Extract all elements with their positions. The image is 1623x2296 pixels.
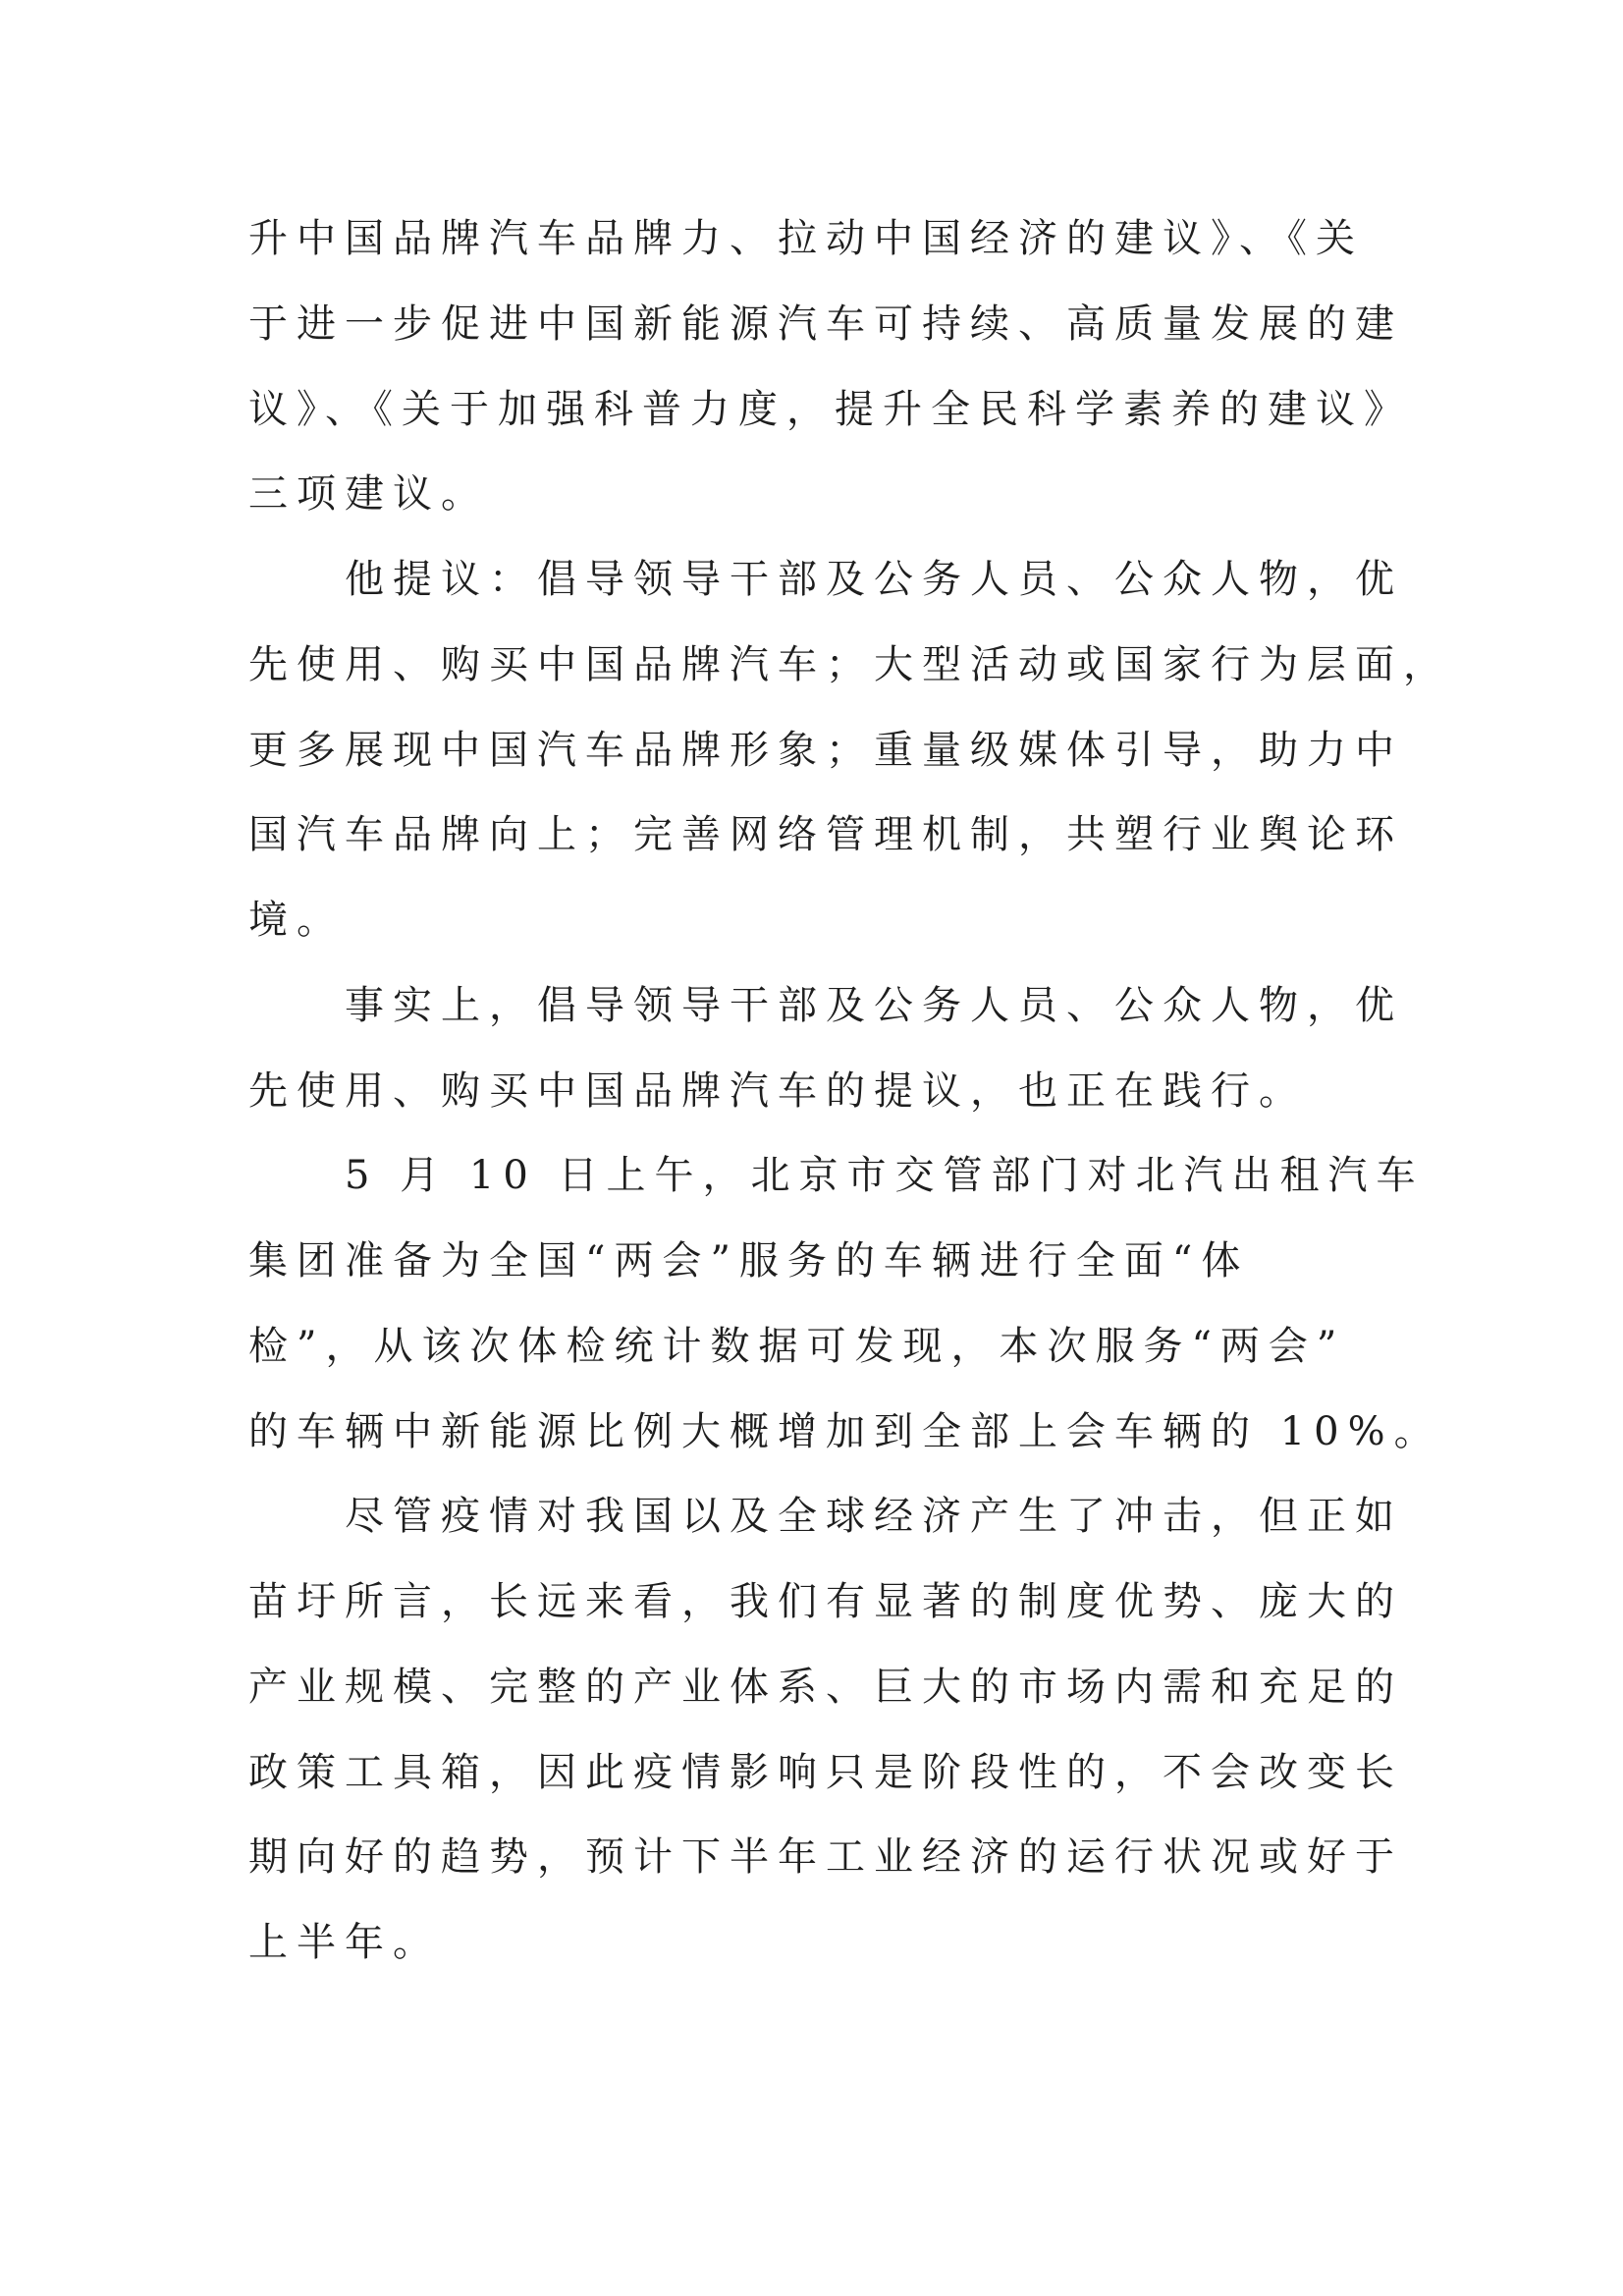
paragraph-5: 尽管疫情对我国以及全球经济产生了冲击，但正如 苗圩所言，长远来看，我们有显著的制… (248, 1474, 1378, 1986)
text-line: 升中国品牌汽车品牌力、拉动中国经济的建议》、《关 (248, 196, 1378, 282)
text-line: 尽管疫情对我国以及全球经济产生了冲击，但正如 (248, 1474, 1378, 1559)
text-line: 期向好的趋势，预计下半年工业经济的运行状况或好于 (248, 1815, 1378, 1900)
text-line: 先使用、购买中国品牌汽车的提议，也正在践行。 (248, 1049, 1378, 1134)
text-line: 境。 (248, 878, 1378, 963)
text-line: 更多展现中国汽车品牌形象；重量级媒体引导，助力中 (248, 708, 1378, 793)
text-line: 产业规模、完整的产业体系、巨大的市场内需和充足的 (248, 1645, 1378, 1730)
text-line: 于进一步促进中国新能源汽车可持续、高质量发展的建 (248, 282, 1378, 367)
text-line: 的车辆中新能源比例大概增加到全部上会车辆的 10%。 (248, 1390, 1378, 1475)
text-line: 先使用、购买中国品牌汽车；大型活动或国家行为层面， (248, 623, 1378, 708)
text-line: 上半年。 (248, 1900, 1378, 1986)
text-line: 国汽车品牌向上；完善网络管理机制，共塑行业舆论环 (248, 793, 1378, 878)
text-line: 他提议：倡导领导干部及公务人员、公众人物，优 (248, 537, 1378, 623)
text-line: 苗圩所言，长远来看，我们有显著的制度优势、庞大的 (248, 1559, 1378, 1645)
document-page: 升中国品牌汽车品牌力、拉动中国经济的建议》、《关 于进一步促进中国新能源汽车可持… (248, 196, 1378, 1986)
paragraph-3: 事实上，倡导领导干部及公务人员、公众人物，优 先使用、购买中国品牌汽车的提议，也… (248, 963, 1378, 1134)
paragraph-1: 升中国品牌汽车品牌力、拉动中国经济的建议》、《关 于进一步促进中国新能源汽车可持… (248, 196, 1378, 537)
text-line: 议》、《关于加强科普力度，提升全民科学素养的建议》 (248, 367, 1378, 453)
text-line: 检”，从该次体检统计数据可发现，本次服务“两会” (248, 1304, 1378, 1390)
paragraph-2: 他提议：倡导领导干部及公务人员、公众人物，优 先使用、购买中国品牌汽车；大型活动… (248, 537, 1378, 963)
text-line: 三项建议。 (248, 452, 1378, 537)
text-line: 5 月 10 日上午，北京市交管部门对北汽出租汽车 (248, 1133, 1378, 1219)
paragraph-4: 5 月 10 日上午，北京市交管部门对北汽出租汽车 集团准备为全国“两会”服务的… (248, 1133, 1378, 1474)
text-line: 集团准备为全国“两会”服务的车辆进行全面“体 (248, 1219, 1378, 1304)
text-line: 政策工具箱，因此疫情影响只是阶段性的，不会改变长 (248, 1730, 1378, 1816)
text-line: 事实上，倡导领导干部及公务人员、公众人物，优 (248, 963, 1378, 1049)
